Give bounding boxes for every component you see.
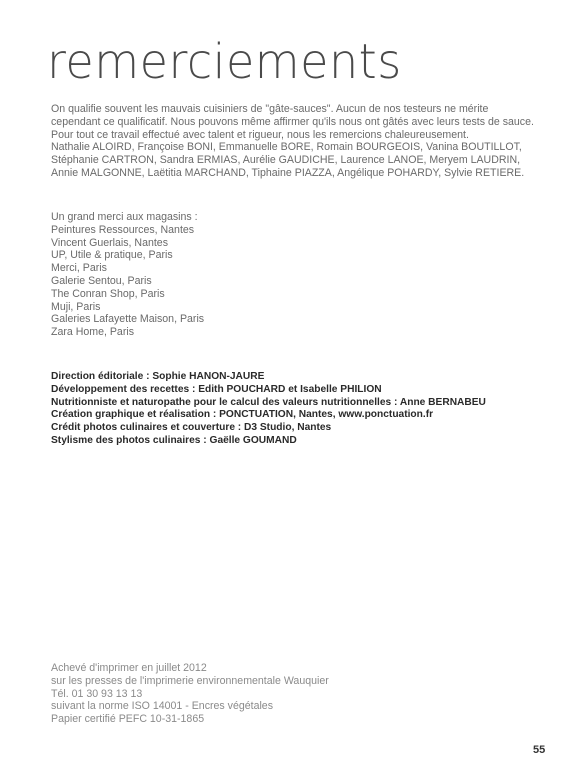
credit-line: Direction éditoriale : Sophie HANON-JAUR…	[51, 371, 486, 384]
stores-heading: Un grand merci aux magasins :	[51, 211, 204, 224]
intro-line: On qualifie souvent les mauvais cuisinie…	[51, 103, 534, 116]
store-item: UP, Utile & pratique, Paris	[51, 249, 204, 262]
credit-line: Développement des recettes : Edith POUCH…	[51, 384, 486, 397]
printing-line: Papier certifié PEFC 10-31-1865	[51, 713, 329, 726]
store-item: Merci, Paris	[51, 262, 204, 275]
store-item: Galeries Lafayette Maison, Paris	[51, 313, 204, 326]
store-item: The Conran Shop, Paris	[51, 288, 204, 301]
store-item: Galerie Sentou, Paris	[51, 275, 204, 288]
credits-block: Direction éditoriale : Sophie HANON-JAUR…	[51, 371, 486, 448]
tester-names-line: Stéphanie CARTRON, Sandra ERMIAS, Auréli…	[51, 154, 534, 167]
intro-line: cependant ce qualificatif. Nous pouvons …	[51, 116, 534, 129]
credit-line: Création graphique et réalisation : PONC…	[51, 409, 486, 422]
stores-list: Un grand merci aux magasins : Peintures …	[51, 211, 204, 339]
credit-line: Crédit photos culinaires et couverture :…	[51, 422, 486, 435]
printing-line: suivant la norme ISO 14001 - Encres végé…	[51, 700, 329, 713]
credit-line: Stylisme des photos culinaires : Gaëlle …	[51, 435, 486, 448]
tester-names-line: Nathalie ALOIRD, Françoise BONI, Emmanue…	[51, 141, 534, 154]
printing-line: Achevé d'imprimer en juillet 2012	[51, 662, 329, 675]
page-title: remerciements	[47, 34, 402, 90]
intro-paragraph: On qualifie souvent les mauvais cuisinie…	[51, 103, 534, 180]
store-item: Zara Home, Paris	[51, 326, 204, 339]
store-item: Peintures Ressources, Nantes	[51, 224, 204, 237]
printing-line: sur les presses de l'imprimerie environn…	[51, 675, 329, 688]
intro-line: Pour tout ce travail effectué avec talen…	[51, 129, 534, 142]
printing-line: Tél. 01 30 93 13 13	[51, 688, 329, 701]
page-number: 55	[533, 744, 545, 756]
store-item: Muji, Paris	[51, 301, 204, 314]
printing-info: Achevé d'imprimer en juillet 2012 sur le…	[51, 662, 329, 726]
tester-names-line: Annie MALGONNE, Laëtitia MARCHAND, Tipha…	[51, 167, 534, 180]
credit-line: Nutritionniste et naturopathe pour le ca…	[51, 397, 486, 410]
store-item: Vincent Guerlais, Nantes	[51, 237, 204, 250]
